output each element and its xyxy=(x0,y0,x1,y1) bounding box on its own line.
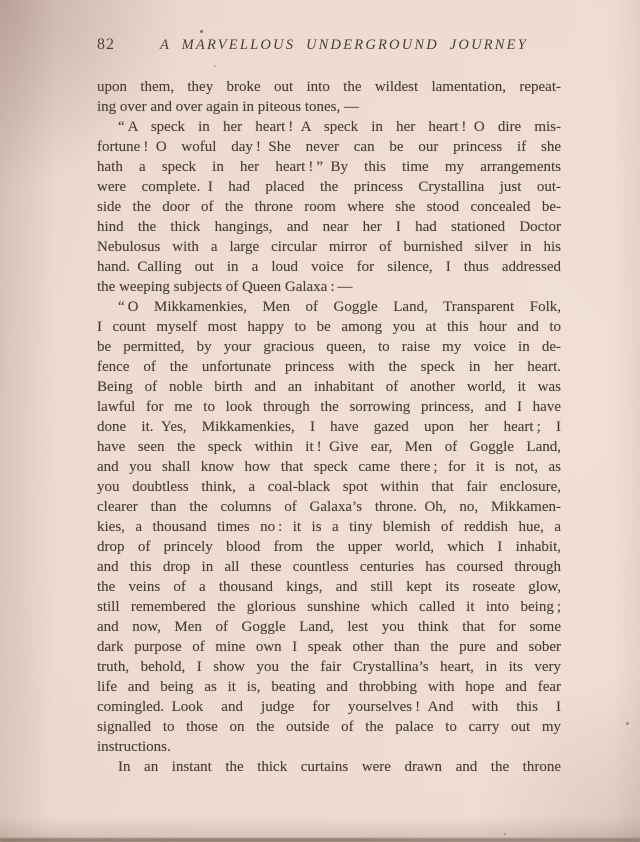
text-line: be permitted, by your gracious queen, to… xyxy=(97,337,561,357)
text-line: fortune ! O woful day ! She never can be… xyxy=(97,137,561,157)
text-line: fence of the unfortunate princess with t… xyxy=(97,357,561,377)
text-line: hind the thick hangings, and near her I … xyxy=(97,217,561,237)
text-line: the veins of a thousand kings, and still… xyxy=(97,577,561,597)
page-edge-shadow xyxy=(0,838,640,842)
text-line: life and being as it is, beating and thr… xyxy=(97,677,561,697)
text-line: dark purpose of mine own I speak other t… xyxy=(97,637,561,657)
text-line: upon them, they broke out into the wilde… xyxy=(97,77,561,97)
text-line: Nebulosus with a large circular mirror o… xyxy=(97,237,561,257)
text-line: kies, a thousand times no : it is a tiny… xyxy=(97,517,561,537)
running-title: A MARVELLOUS UNDERGROUND JOURNEY xyxy=(127,37,561,54)
ink-speck xyxy=(626,722,629,725)
page-number: 82 xyxy=(97,36,115,54)
text-line: still remembered the glorious sunshine w… xyxy=(97,597,561,617)
text-line: hand. Calling out in a loud voice for si… xyxy=(97,257,561,277)
text-line: Being of noble birth and an inhabitant o… xyxy=(97,377,561,397)
text-line: were complete. I had placed the princess… xyxy=(97,177,561,197)
text-line: side the door of the throne room where s… xyxy=(97,197,561,217)
text-line: I count myself most happy to be among yo… xyxy=(97,317,561,337)
text-line: instructions. xyxy=(97,737,561,757)
text-line: ing over and over again in piteous tones… xyxy=(97,97,561,117)
text-line: drop of princely blood from the upper wo… xyxy=(97,537,561,557)
text-line: done it. Yes, Mikkamenkies, I have gazed… xyxy=(97,417,561,437)
page-header: 82 A MARVELLOUS UNDERGROUND JOURNEY xyxy=(97,36,561,58)
ink-speck xyxy=(504,833,506,835)
text-line: and you shall know how that speck came t… xyxy=(97,457,561,477)
text-line: comingled. Look and judge for yourselves… xyxy=(97,697,561,717)
text-line: In an instant the thick curtains were dr… xyxy=(97,757,561,777)
text-line: lawful for me to look through the sorrow… xyxy=(97,397,561,417)
text-line: and now, Men of Goggle Land, lest you th… xyxy=(97,617,561,637)
text-line: have seen the speck within it ! Give ear… xyxy=(97,437,561,457)
text-line: hath a speck in her heart ! ” By this ti… xyxy=(97,157,561,177)
text-line: the weeping subjects of Queen Galaxa : — xyxy=(97,277,561,297)
text-line: truth, behold, I show you the fair Cryst… xyxy=(97,657,561,677)
text-line: clearer than the columns of Galaxa’s thr… xyxy=(97,497,561,517)
book-page: 82 A MARVELLOUS UNDERGROUND JOURNEY upon… xyxy=(0,0,640,842)
text-line: and this drop in all these countless cen… xyxy=(97,557,561,577)
text-line: “ O Mikkamenkies, Men of Goggle Land, Tr… xyxy=(97,297,561,317)
page-body: upon them, they broke out into the wilde… xyxy=(97,77,561,777)
text-line: you doubtless think, a coal-black spot w… xyxy=(97,477,561,497)
text-line: “ A speck in her heart ! A speck in her … xyxy=(97,117,561,137)
ink-speck xyxy=(200,30,203,33)
text-line: signalled to those on the outside of the… xyxy=(97,717,561,737)
ink-speck xyxy=(214,65,216,67)
